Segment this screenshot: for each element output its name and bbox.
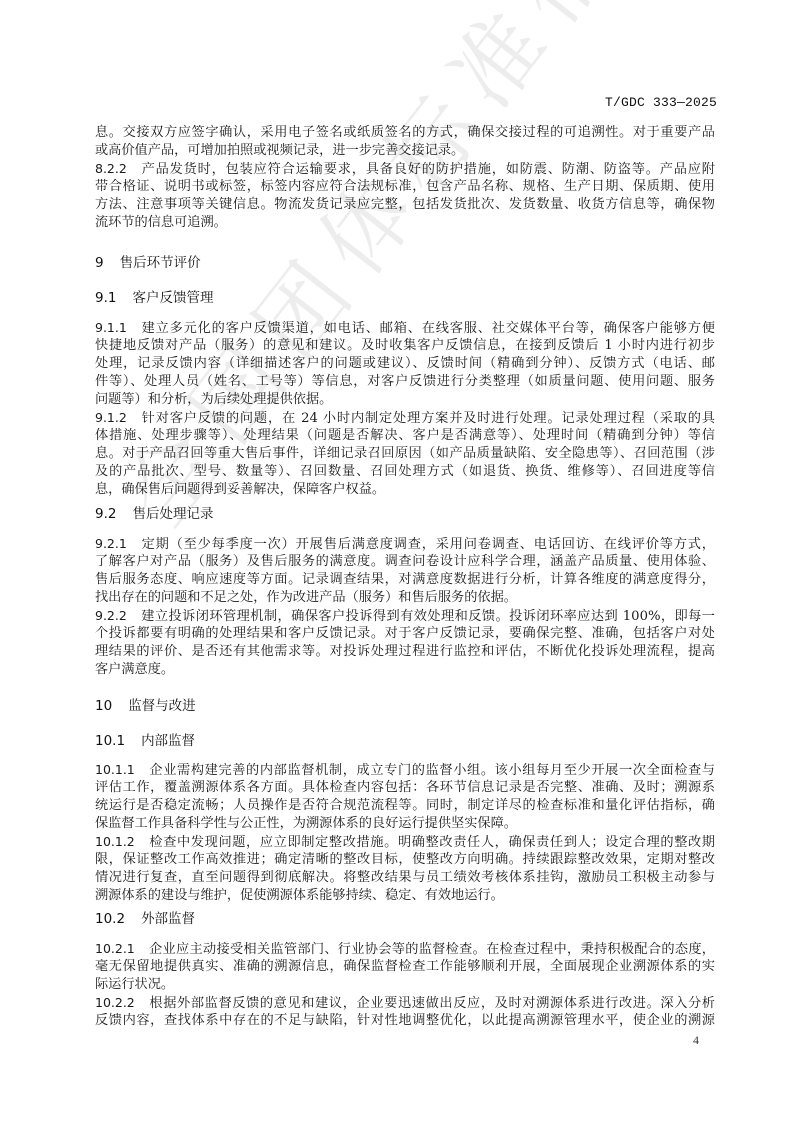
paragraph-line: 毫无保留地提供真实、准确的溯源信息，确保监督检查工作能够顺利开展，全面展现企业溯… [95, 958, 715, 976]
paragraph-line: 件等）、处理人员（姓名、工号等）等信息，对客户反馈进行分类整理（如质量问题、使用… [95, 373, 715, 391]
paragraph-line: 9.1.2针对客户反馈的问题，在 24 小时内制定处理方案并及时进行处理。记录处… [95, 409, 715, 427]
line-text: 快捷地反馈对产品（服务）的意见和建议。及时收集客户反馈信息，在接到反馈后 1 小… [95, 338, 715, 353]
paragraph-line: 快捷地反馈对产品（服务）的意见和建议。及时收集客户反馈信息，在接到反馈后 1 小… [95, 337, 715, 355]
clause-number: 10.1.2 [95, 834, 135, 849]
document-page: 全国团体标准信息平台 T/GDC 333—2025 息。交接双方应签字确认，采用… [0, 0, 794, 1123]
line-text: 统运行是否稳定流畅；人员操作是否符合规范流程等。同时，制定详尽的检查标准和量化评… [95, 798, 715, 813]
line-text: 根据外部监督反馈的意见和建议，企业要迅速做出反应，及时对溯源体系进行改进。深入分… [149, 996, 715, 1011]
paragraph-line: 找出存在的问题和不足之处，作为改进产品（服务）和售后服务的依据。 [95, 589, 715, 607]
line-text: 针对客户反馈的问题，在 24 小时内制定处理方案并及时进行处理。记录处理过程（采… [141, 411, 715, 426]
paragraph-line: 评估工作，覆盖溯源体系各方面。具体检查内容包括：各环节信息记录是否完整、准确、及… [95, 779, 715, 797]
heading-title: 客户反馈管理 [132, 290, 213, 306]
paragraph-line: 限，保证整改工作高效推进；确定清晰的整改目标，使整改方向明确。持续跟踪整改效果，… [95, 851, 715, 869]
line-text: 方法、注意事项等关键信息。物流发货记录应完整，包括发货批次、发货数量、收货方信息… [95, 197, 715, 212]
line-text: 找出存在的问题和不足之处，作为改进产品（服务）和售后服务的依据。 [95, 590, 517, 605]
paragraph-line: 体措施、处理步骤等）、处理结果（问题是否解决、客户是否满意等）、处理时间（精确到… [95, 427, 715, 445]
heading-title: 内部监督 [141, 733, 195, 749]
paragraph-line: 个投诉都要有明确的处理结果和客户反馈记录。对于客户反馈记录，要确保完整、准确，包… [95, 625, 715, 643]
paragraph-line: 9.2.2建立投诉闭环管理机制，确保客户投诉得到有效处理和反馈。投诉闭环率应达到… [95, 607, 715, 625]
paragraph-line: 息。交接双方应签字确认，采用电子签名或纸质签名的方式，确保交接过程的可追溯性。对… [95, 124, 715, 142]
paragraph-line: 息。对于产品召回等重大售后事件，详细记录召回原因（如产品质量缺陷、安全隐患等）、… [95, 445, 715, 463]
line-text: 检查中发现问题，应立即制定整改措施。明确整改责任人，确保责任到人；设定合理的整改… [149, 835, 715, 850]
subsection-heading: 9.1客户反馈管理 [95, 289, 213, 307]
subsection-heading: 10.2外部监督 [95, 910, 195, 928]
line-text: 息，确保售后问题得到妥善解决，保障客户权益。 [95, 482, 385, 497]
clause-number: 10.1.1 [95, 762, 135, 777]
line-text: 评估工作，覆盖溯源体系各方面。具体检查内容包括：各环节信息记录是否完整、准确、及… [95, 780, 715, 795]
heading-title: 外部监督 [141, 911, 195, 927]
subsection-heading: 9.2售后处理记录 [95, 505, 213, 523]
line-text: 建立多元化的客户反馈渠道，如电话、邮箱、在线客服、社交媒体平台等，确保客户能够方… [141, 321, 715, 336]
line-text: 及的产品批次、型号、数量等）、召回数量、召回处理方式（如退货、换货、维修等）、召… [95, 464, 715, 479]
line-text: 带合格证、说明书或标签，标签内容应符合法规标准，包含产品名称、规格、生产日期、保… [95, 179, 715, 194]
clause-number: 10.2.1 [95, 941, 135, 956]
line-text: 流环节的信息可追溯。 [95, 215, 227, 230]
paragraph-line: 了解客户对产品（服务）及售后服务的满意度。调查问卷设计应科学合理，涵盖产品质量、… [95, 553, 715, 571]
heading-number: 10 [95, 697, 112, 715]
heading-number: 9.2 [95, 505, 116, 523]
paragraph-line: 10.1.1企业需构建完善的内部监督机制，成立专门的监督小组。该小组每月至少开展… [95, 761, 715, 779]
clause-number: 9.2.2 [95, 608, 127, 623]
line-text: 件等）、处理人员（姓名、工号等）等信息，对客户反馈进行分类整理（如质量问题、使用… [95, 374, 715, 389]
paragraph-line: 息，确保售后问题得到妥善解决，保障客户权益。 [95, 481, 715, 499]
line-text: 际运行状况。 [95, 977, 174, 992]
line-text: 个投诉都要有明确的处理结果和客户反馈记录。对于客户反馈记录，要确保完整、准确，包… [95, 626, 715, 641]
line-text: 反馈内容，查找体系中存在的不足与缺陷，针对性地调整优化，以此提高溯源管理水平，使… [95, 1013, 715, 1028]
line-text: 问题等）和分析，为后续处理提供依据。 [95, 392, 332, 407]
heading-number: 9.1 [95, 289, 116, 307]
line-text: 售后服务态度、响应速度等方面。记录调查结果，对满意度数据进行分析，计算各维度的满… [95, 572, 715, 587]
clause-number: 8.2.2 [95, 161, 127, 176]
heading-title: 售后环节评价 [120, 255, 201, 271]
clause-number: 9.2.1 [95, 536, 127, 551]
line-text: 或高价值产品，可增加拍照或视频记录，进一步完善交接记录。 [95, 143, 464, 158]
line-text: 溯源体系的建设与维护，促使溯源体系能够持续、稳定、有效地运行。 [95, 888, 504, 903]
line-text: 限，保证整改工作高效推进；确定清晰的整改目标，使整改方向明确。持续跟踪整改效果，… [95, 852, 715, 867]
line-text: 保监督工作具备科学性与公正性，为溯源体系的良好运行提供坚实保障。 [95, 816, 517, 831]
paragraph-line: 溯源体系的建设与维护，促使溯源体系能够持续、稳定、有效地运行。 [95, 887, 715, 905]
paragraph-line: 理结果的评价、是否还有其他需求等。对投诉处理过程进行监控和评估，不断优化投诉处理… [95, 643, 715, 661]
line-text: 客户满意度。 [95, 662, 174, 677]
line-text: 企业应主动接受相关监管部门、行业协会等的监督检查。在检查过程中，秉持积极配合的态… [149, 942, 715, 957]
paragraph-line: 10.1.2检查中发现问题，应立即制定整改措施。明确整改责任人，确保责任到人；设… [95, 833, 715, 851]
clause-number: 9.1.2 [95, 410, 127, 425]
paragraph-line: 流环节的信息可追溯。 [95, 214, 715, 232]
paragraph-line: 客户满意度。 [95, 661, 715, 679]
paragraph-line: 保监督工作具备科学性与公正性，为溯源体系的良好运行提供坚实保障。 [95, 815, 715, 833]
paragraph-line: 9.1.1建立多元化的客户反馈渠道，如电话、邮箱、在线客服、社交媒体平台等，确保… [95, 319, 715, 337]
paragraph-line: 及的产品批次、型号、数量等）、召回数量、召回处理方式（如退货、换货、维修等）、召… [95, 463, 715, 481]
paragraph-line: 问题等）和分析，为后续处理提供依据。 [95, 391, 715, 409]
clause-number: 10.2.2 [95, 995, 135, 1010]
line-text: 理结果的评价、是否还有其他需求等。对投诉处理过程进行监控和评估，不断优化投诉处理… [95, 644, 715, 659]
subsection-heading: 10.1内部监督 [95, 732, 195, 750]
heading-number: 9 [95, 254, 104, 272]
line-text: 企业需构建完善的内部监督机制，成立专门的监督小组。该小组每月至少开展一次全面检查… [149, 763, 715, 778]
paragraph-line: 处理，记录反馈内容（详细描述客户的问题或建议）、反馈时间（精确到分钟）、反馈方式… [95, 355, 715, 373]
paragraph-line: 或高价值产品，可增加拍照或视频记录，进一步完善交接记录。 [95, 142, 715, 160]
heading-number: 10.1 [95, 732, 125, 750]
paragraph-line: 际运行状况。 [95, 976, 715, 994]
page-number: 4 [693, 1033, 699, 1048]
paragraph-line: 反馈内容，查找体系中存在的不足与缺陷，针对性地调整优化，以此提高溯源管理水平，使… [95, 1012, 715, 1030]
clause-number: 9.1.1 [95, 320, 127, 335]
line-text: 产品发货时，包装应符合运输要求，具备良好的防护措施，如防震、防潮、防盗等。产品应… [141, 162, 715, 177]
paragraph-line: 9.2.1定期（至少每季度一次）开展售后满意度调查，采用问卷调查、电话回访、在线… [95, 535, 715, 553]
line-text: 息。对于产品召回等重大售后事件，详细记录召回原因（如产品质量缺陷、安全隐患等）、… [95, 446, 715, 461]
paragraph-line: 10.2.1企业应主动接受相关监管部门、行业协会等的监督检查。在检查过程中，秉持… [95, 940, 715, 958]
line-text: 了解客户对产品（服务）及售后服务的满意度。调查问卷设计应科学合理，涵盖产品质量、… [95, 554, 715, 569]
line-text: 建立投诉闭环管理机制，确保客户投诉得到有效处理和反馈。投诉闭环率应达到 100%… [141, 609, 715, 624]
paragraph-line: 统运行是否稳定流畅；人员操作是否符合规范流程等。同时，制定详尽的检查标准和量化评… [95, 797, 715, 815]
section-heading: 10监督与改进 [95, 697, 196, 715]
line-text: 体措施、处理步骤等）、处理结果（问题是否解决、客户是否满意等）、处理时间（精确到… [95, 428, 715, 443]
line-text: 毫无保留地提供真实、准确的溯源信息，确保监督检查工作能够顺利开展，全面展现企业溯… [95, 959, 715, 974]
paragraph-line: 情况进行复查，直至问题得到彻底解决。将整改结果与员工绩效考核体系挂钩，激励员工积… [95, 869, 715, 887]
line-text: 处理，记录反馈内容（详细描述客户的问题或建议）、反馈时间（精确到分钟）、反馈方式… [95, 356, 715, 371]
paragraph-line: 带合格证、说明书或标签，标签内容应符合法规标准，包含产品名称、规格、生产日期、保… [95, 178, 715, 196]
line-text: 定期（至少每季度一次）开展售后满意度调查，采用问卷调查、电话回访、在线评价等方式… [141, 537, 715, 552]
paragraph-line: 方法、注意事项等关键信息。物流发货记录应完整，包括发货批次、发货数量、收货方信息… [95, 196, 715, 214]
heading-title: 售后处理记录 [132, 506, 213, 522]
paragraph-line: 8.2.2产品发货时，包装应符合运输要求，具备良好的防护措施，如防震、防潮、防盗… [95, 160, 715, 178]
line-text: 息。交接双方应签字确认，采用电子签名或纸质签名的方式，确保交接过程的可追溯性。对… [95, 125, 715, 140]
paragraph-line: 10.2.2根据外部监督反馈的意见和建议，企业要迅速做出反应，及时对溯源体系进行… [95, 994, 715, 1012]
section-heading: 9售后环节评价 [95, 254, 201, 272]
heading-number: 10.2 [95, 910, 125, 928]
paragraph-line: 售后服务态度、响应速度等方面。记录调查结果，对满意度数据进行分析，计算各维度的满… [95, 571, 715, 589]
heading-title: 监督与改进 [128, 698, 196, 714]
document-id-header: T/GDC 333—2025 [605, 95, 717, 110]
line-text: 情况进行复查，直至问题得到彻底解决。将整改结果与员工绩效考核体系挂钩，激励员工积… [95, 870, 715, 885]
